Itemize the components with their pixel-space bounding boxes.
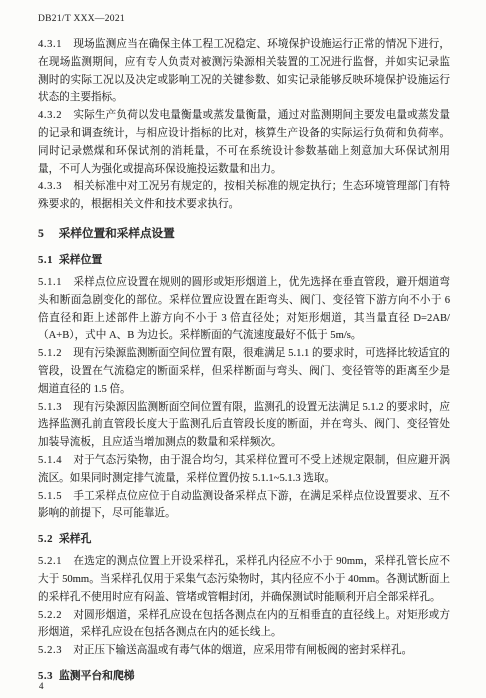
clause-5-1-3: 5.1.3现有污染源因监测断面空间位置有限，监测孔的设置无法满足 5.1.2 的… — [38, 399, 450, 452]
clause-number: 4.3.2 — [38, 110, 62, 121]
section-title: 监测平台和爬梯 — [59, 670, 135, 682]
clause-4-3-3: 4.3.3相关标准中对工况另有规定的，按相关标准的规定执行；生态环境管理部门有特… — [38, 178, 450, 214]
section-title: 采样位置 — [59, 254, 102, 266]
clause-text: 现场监测应当在确保主体工程工况稳定、环境保护设施运行正常的情况下进行，在现场监测… — [38, 39, 450, 103]
clause-5-1-1: 5.1.1采样点位应设置在规则的圆形或矩形烟道上，优先选择在垂直管段，避开烟道弯… — [38, 274, 450, 345]
section-title: 采样位置和采样点设置 — [59, 227, 175, 240]
section-title: 采样孔 — [59, 533, 91, 545]
clause-number: 5.2.1 — [38, 556, 62, 567]
clause-number: 5.1.5 — [38, 491, 62, 502]
section-5-1-heading: 5.1采样位置 — [38, 253, 450, 267]
clause-5-1-5: 5.1.5手工采样点位应位于自动监测设备采样点下游，在满足采样点位设置要求、互不… — [38, 488, 450, 524]
clause-text: 现有污染源因监测断面空间位置有限，监测孔的设置无法满足 5.1.2 的要求时，应… — [38, 402, 450, 449]
section-5-3-heading: 5.3监测平台和爬梯 — [38, 669, 450, 683]
clause-text: 对正压下输送高温或有毒气体的烟道，应采用带有闸板阀的密封采样孔。 — [73, 645, 412, 656]
clause-text: 实际生产负荷以发电量衡量或蒸发量衡量，通过对监测期间主要发电量或蒸发量的记录和调… — [38, 110, 450, 174]
clause-text: 对于气态污染物，由于混合均匀，其采样位置可不受上述规定限制，但应避开涡流区。如果… — [38, 455, 450, 484]
clause-number: 5.1.3 — [38, 402, 62, 413]
clause-number: 5.1.4 — [38, 455, 62, 466]
document-page: DB21/T XXX—2021 4.3.1现场监测应当在确保主体工程工况稳定、环… — [0, 0, 486, 698]
clause-5-2-1: 5.2.1在选定的测点位置上开设采样孔，采样孔内径应不小于 90mm，采样孔管长… — [38, 553, 450, 606]
clause-text: 相关标准中对工况另有规定的，按相关标准的规定执行；生态环境管理部门有特殊要求的，… — [38, 181, 450, 210]
section-number: 5.2 — [38, 533, 53, 545]
section-number: 5 — [38, 227, 44, 240]
clause-number: 5.2.3 — [38, 645, 62, 656]
clause-text: 采样点位应设置在规则的圆形或矩形烟道上，优先选择在垂直管段，避开烟道弯头和断面急… — [38, 277, 450, 341]
clause-5-2-2: 5.2.2对圆形烟道，采样孔应设在包括各测点在内的互相垂直的直径线上。对矩形或方… — [38, 607, 450, 643]
clause-5-1-2: 5.1.2现有污染源监测断面空间位置有限，很难满足 5.1.1 的要求时，可选择… — [38, 345, 450, 398]
clause-text: 手工采样点位应位于自动监测设备采样点下游，在满足采样点位设置要求、互不影响的前提… — [38, 491, 450, 520]
clause-5-2-3: 5.2.3对正压下输送高温或有毒气体的烟道，应采用带有闸板阀的密封采样孔。 — [38, 642, 450, 660]
clause-number: 5.2.2 — [38, 610, 62, 621]
clause-number: 4.3.3 — [38, 181, 62, 192]
section-number: 5.1 — [38, 254, 53, 266]
clause-text: 现有污染源监测断面空间位置有限，很难满足 5.1.1 的要求时，可选择比较适宜的… — [38, 348, 450, 395]
clause-5-1-4: 5.1.4对于气态污染物，由于混合均匀，其采样位置可不受上述规定限制，但应避开涡… — [38, 452, 450, 488]
clause-4-3-2: 4.3.2实际生产负荷以发电量衡量或蒸发量衡量，通过对监测期间主要发电量或蒸发量… — [38, 107, 450, 178]
clause-text: 对圆形烟道，采样孔应设在包括各测点在内的互相垂直的直径线上。对矩形或方形烟道，采… — [38, 610, 450, 639]
clause-text: 在选定的测点位置上开设采样孔，采样孔内径应不小于 90mm，采样孔管长应不大于 … — [38, 556, 450, 603]
clause-number: 5.1.2 — [38, 348, 62, 359]
document-body: 4.3.1现场监测应当在确保主体工程工况稳定、环境保护设施运行正常的情况下进行，… — [38, 36, 450, 683]
clause-number: 4.3.1 — [38, 39, 62, 50]
clause-4-3-1: 4.3.1现场监测应当在确保主体工程工况稳定、环境保护设施运行正常的情况下进行，… — [38, 36, 450, 107]
page-number: 4 — [39, 681, 44, 691]
clause-number: 5.1.1 — [38, 277, 62, 288]
document-header-code: DB21/T XXX—2021 — [38, 14, 450, 24]
section-5-heading: 5采样位置和采样点设置 — [38, 226, 450, 241]
section-5-2-heading: 5.2采样孔 — [38, 532, 450, 546]
